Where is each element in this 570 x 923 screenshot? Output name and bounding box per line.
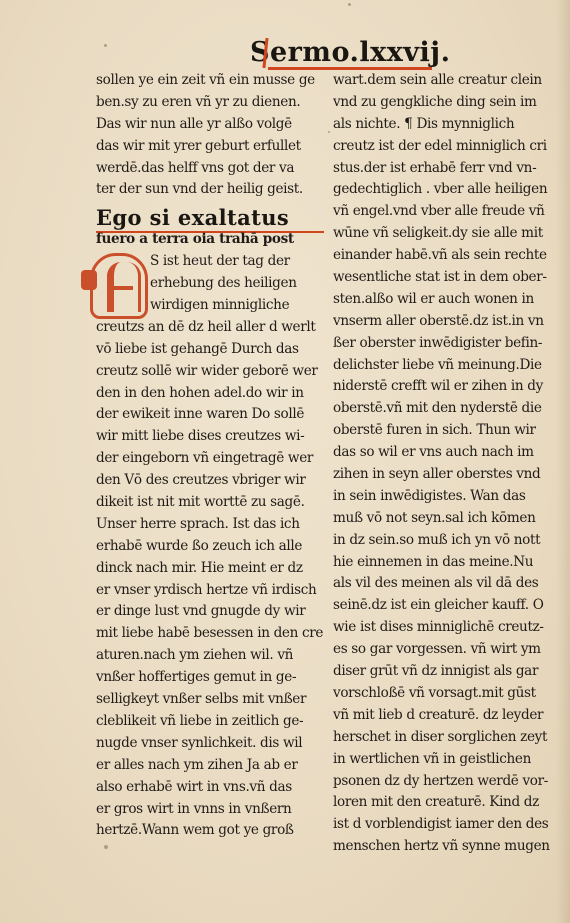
text-line: erhabē wurde ßo zeuch ich alle [96, 536, 324, 558]
foxing-spot [104, 845, 108, 849]
text-line: er gros wirt in vnns in vnßern [96, 799, 324, 821]
text-line: nugde vnser synlichkeit. dis wil [96, 733, 324, 755]
decorated-initial-block: S ist heut der tag der erhebung des heil… [96, 251, 324, 317]
text-line: vnßer hoffertiges gemut in ge- [96, 667, 324, 689]
text-line: der eingeborn vñ eingetragē wer [96, 448, 324, 470]
text-line: gedechtiglich . vber alle heiligen [333, 179, 558, 201]
text-line: vnserm aller oberstē.dz ist.in vn [333, 311, 558, 333]
text-line: vñ engel.vnd vber alle freude vñ [333, 201, 558, 223]
text-line: den Vō des creutzes vbriger wir [96, 470, 324, 492]
text-line: selligkeyt vnßer selbs mit vnßer [96, 689, 324, 711]
text-line: oberstē furen in sich. Thun wir [333, 420, 558, 442]
text-line: dinck nach mir. Hie meint er dz [96, 558, 324, 580]
text-line: es so gar vorgessen. vñ wirt ym [333, 639, 558, 661]
text-line: mit liebe habē besessen in den cre [96, 623, 324, 645]
text-line: delichster liebe vñ meinung.Die [333, 355, 558, 377]
right-column: wart.dem sein alle creatur clein vnd zu … [333, 70, 558, 858]
text-line: aturen.nach ym ziehen wil. vñ [96, 645, 324, 667]
text-line: sten.alßo wil er auch wonen in [333, 289, 558, 311]
text-line: stus.der ist erhabē ferr vnd vn- [333, 158, 558, 180]
text-line: creutz ist der edel minniglich cri [333, 136, 558, 158]
text-line: einander habē.vñ als sein rechte [333, 245, 558, 267]
text-line: in wertlichen vñ in geistlichen [333, 749, 558, 771]
text-line: Das wir nun alle yr alßo volgē [96, 114, 324, 136]
text-line: vnd zu gengkliche ding sein im [333, 92, 558, 114]
text-line: psonen dz dy hertzen werdē vor- [333, 771, 558, 793]
text-line: dikeit ist nit mit worttē zu sagē. [96, 492, 324, 514]
page-edge-shadow [556, 0, 570, 923]
text-line: seinē.dz ist ein gleicher kauff. O [333, 595, 558, 617]
text-line: muß vō not seyn.sal ich kōmen [333, 508, 558, 530]
rubricated-initial-e-icon [90, 253, 148, 319]
text-line: in dz sein.so muß ich yn vō nott [333, 530, 558, 552]
text-line: niderstē crefft wil er zihen in dy [333, 376, 558, 398]
text-line: creutz sollē wir wider geborē wer [96, 361, 324, 383]
text-line: ist d vorblendigist iamer den des [333, 814, 558, 836]
text-line: herschet in diser sorglichen zeyt [333, 727, 558, 749]
running-head: Sermo.lxxvij. [250, 34, 432, 72]
text-line: werdē.das helff vns got der va [96, 158, 324, 180]
text-line: das wir mit yrer geburt erfullet [96, 136, 324, 158]
text-line: wūne vñ seligkeit.dy sie alle mit [333, 223, 558, 245]
text-line: wie ist dises minniglichē creutz- [333, 617, 558, 639]
text-line: hertzē.Wann wem got ye groß [96, 820, 324, 842]
text-line: cleblikeit vñ liebe in zeitlich ge- [96, 711, 324, 733]
text-line: vō liebe ist gehangē Durch das [96, 339, 324, 361]
text-line: das so wil er vns auch nach im [333, 442, 558, 464]
text-line: oberstē.vñ mit den nyderstē die [333, 398, 558, 420]
text-line: als nichte. ¶ Dis mynniglich [333, 114, 558, 136]
text-line: als vil des meinen als vil dā des [333, 573, 558, 595]
text-line: in sein inwēdigistes. Wan das [333, 486, 558, 508]
text-line: menschen hertz vñ synne mugen [333, 836, 558, 858]
text-line: er vnser yrdisch hertze vñ irdisch [96, 580, 324, 602]
text-line: er dinge lust vnd gnugde dy wir [96, 601, 324, 623]
text-line: ter der sun vnd der heilig geist. [96, 179, 324, 201]
text-line: der ewikeit inne waren Do sollē [96, 404, 324, 426]
foxing-spot [104, 44, 107, 47]
text-line: diser grūt vñ dz innigist als gar [333, 661, 558, 683]
text-line: wir mitt liebe dises creutzes wi- [96, 426, 324, 448]
incipit-continuation: fuero a terra oia trahā post [96, 229, 324, 251]
left-column: sollen ye ein zeit vñ ein musse ge ben.s… [96, 70, 324, 842]
text-line: hie einnemen in das meine.Nu [333, 552, 558, 574]
text-line: also erhabē wirt in vns.vñ das [96, 777, 324, 799]
text-line: wart.dem sein alle creatur clein [333, 70, 558, 92]
text-line: ßer oberster inwēdigister befin- [333, 333, 558, 355]
text-line: zihen in seyn aller oberstes vnd [333, 464, 558, 486]
text-line: vorschloßē vñ vorsagt.mit gūst [333, 683, 558, 705]
text-line: er alles nach ym zihen Ja ab er [96, 755, 324, 777]
text-line: wesentliche stat ist in dem ober- [333, 267, 558, 289]
foxing-spot [348, 3, 351, 6]
text-line: den in den hohen adel.do wir in [96, 383, 324, 405]
text-line: ben.sy zu eren vñ yr zu dienen. [96, 92, 324, 114]
text-line: loren mit den creaturē. Kind dz [333, 792, 558, 814]
text-line: Unser herre sprach. Ist das ich [96, 514, 324, 536]
text-line: creutzs an dē dz heil aller d werlt [96, 317, 324, 339]
running-head-text: Sermo.lxxvij. [250, 37, 450, 68]
text-line: vñ mit lieb d creaturē. dz leyder [333, 705, 558, 727]
text-line: sollen ye ein zeit vñ ein musse ge [96, 70, 324, 92]
foxing-spot [328, 131, 330, 133]
